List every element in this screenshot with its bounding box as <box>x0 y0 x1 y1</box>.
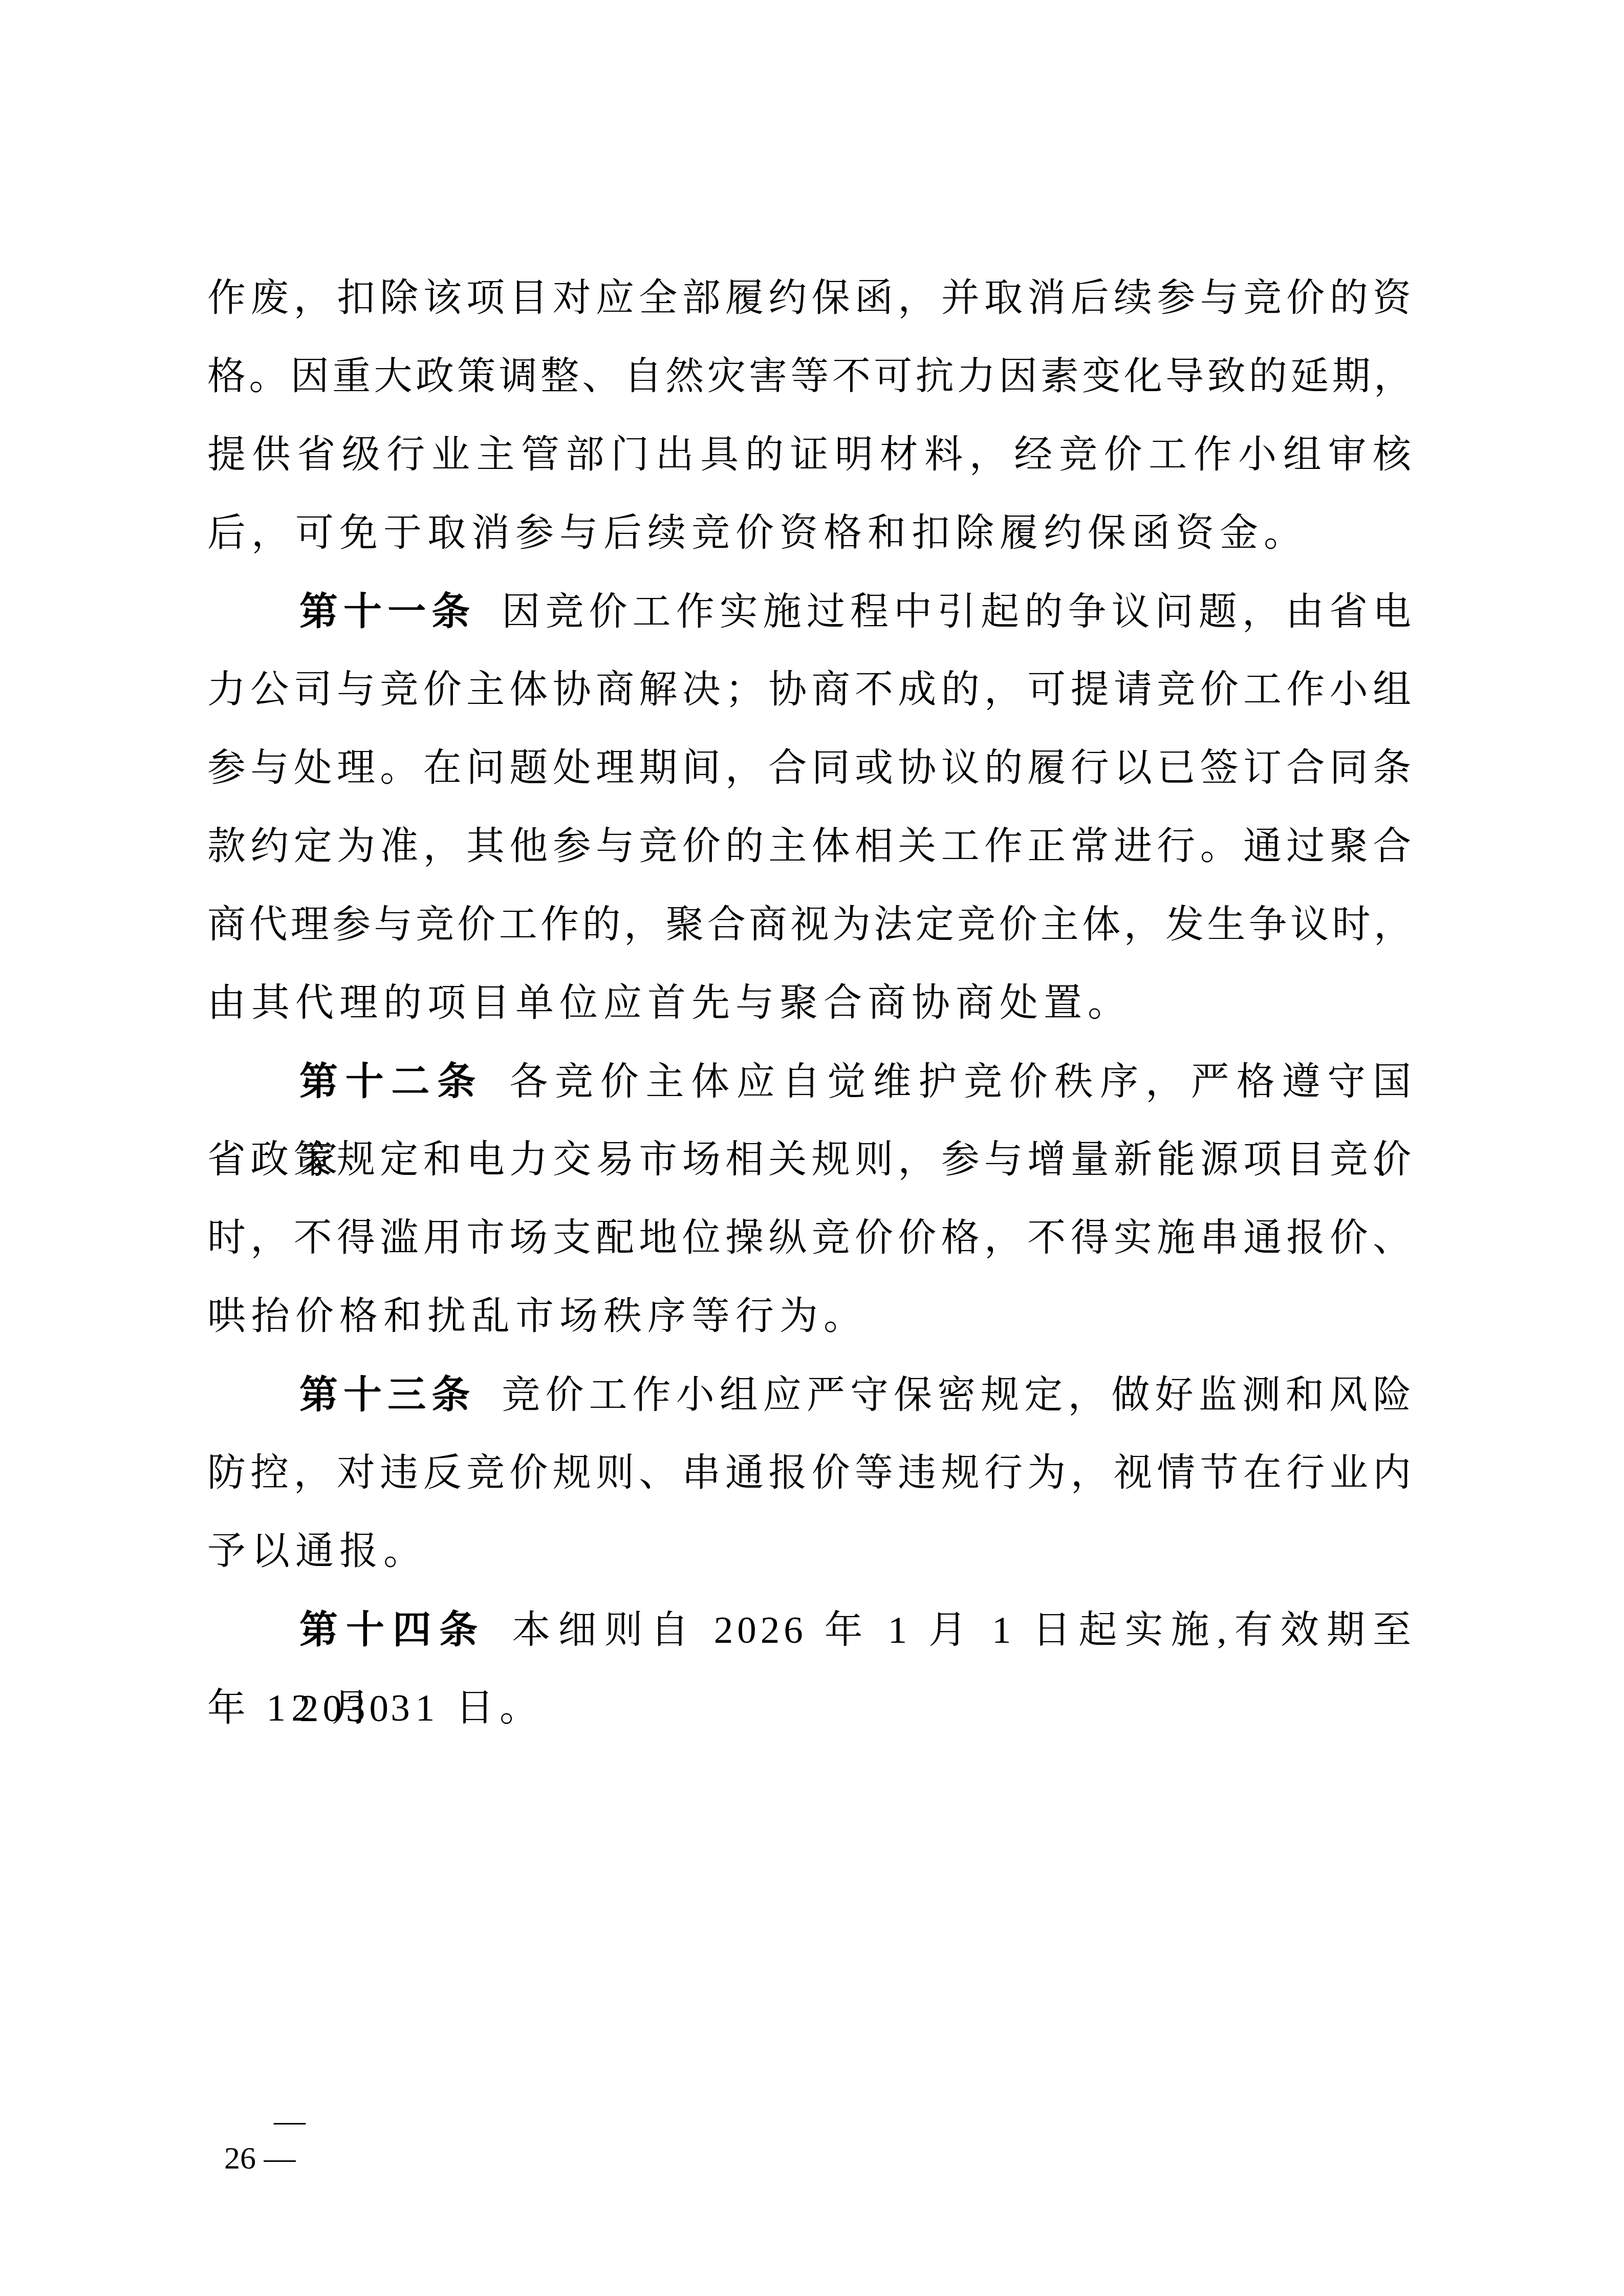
line-text: 时，不得滥用市场支配地位操纵竞价价格，不得实施串通报价、 <box>207 1217 1415 1259</box>
document-line: 防控，对违反竞价规则、串通报价等违规行为，视情节在行业内 <box>207 1434 1415 1512</box>
document-line: 第十三条竞价工作小组应严守保密规定，做好监测和风险 <box>207 1356 1415 1434</box>
document-line: 年 12 月 31 日。 <box>207 1669 1415 1747</box>
document-line: 时，不得滥用市场支配地位操纵竞价价格，不得实施串通报价、 <box>207 1199 1415 1277</box>
document-line: 由其代理的项目单位应首先与聚合商协商处置。 <box>207 964 1415 1042</box>
document-line: 哄抬价格和扰乱市场秩序等行为。 <box>207 1277 1415 1356</box>
document-page: 作废，扣除该项目对应全部履约保函，并取消后续参与竞价的资格。因重大政策调整、自然… <box>0 0 1624 2296</box>
line-text: 作废，扣除该项目对应全部履约保函，并取消后续参与竞价的资 <box>207 277 1415 319</box>
line-text: 款约定为准，其他参与竞价的主体相关工作正常进行。通过聚合 <box>207 825 1415 868</box>
document-line: 参与处理。在问题处理期间，合同或协议的履行以已签订合同条 <box>207 729 1415 807</box>
page-number: 26 — <box>224 2142 296 2174</box>
article-heading: 第十一条 <box>299 589 475 634</box>
document-line: 第十四条本细则自 2026 年 1 月 1 日起实施,有效期至 2030 <box>207 1591 1415 1669</box>
document-line: 第十一条因竞价工作实施过程中引起的争议问题，由省电 <box>207 572 1415 651</box>
document-line: 省政策规定和电力交易市场相关规则，参与增量新能源项目竞价 <box>207 1121 1415 1199</box>
line-text: 后，可免于取消参与后续竞价资格和扣除履约保函资金。 <box>207 512 1308 554</box>
document-line: 款约定为准，其他参与竞价的主体相关工作正常进行。通过聚合 <box>207 807 1415 886</box>
line-text: 年 12 月 31 日。 <box>207 1687 544 1729</box>
line-text: 竞价工作小组应严守保密规定，做好监测和风险 <box>502 1374 1415 1417</box>
line-text: 省政策规定和电力交易市场相关规则，参与增量新能源项目竞价 <box>207 1139 1415 1181</box>
line-text: 格。因重大政策调整、自然灾害等不可抗力因素变化导致的延期， <box>207 355 1415 398</box>
line-text: 力公司与竞价主体协商解决；协商不成的，可提请竞价工作小组 <box>207 669 1415 711</box>
document-line: 力公司与竞价主体协商解决；协商不成的，可提请竞价工作小组 <box>207 651 1415 729</box>
document-line: 后，可免于取消参与后续竞价资格和扣除履约保函资金。 <box>207 494 1415 572</box>
document-line: 格。因重大政策调整、自然灾害等不可抗力因素变化导致的延期， <box>207 337 1415 416</box>
document-line: 第十二条各竞价主体应自觉维护竞价秩序，严格遵守国家、 <box>207 1042 1415 1121</box>
line-text: 予以通报。 <box>207 1530 427 1573</box>
document-line: 作废，扣除该项目对应全部履约保函，并取消后续参与竞价的资 <box>207 259 1415 337</box>
line-text: 商代理参与竞价工作的，聚合商视为法定竞价主体，发生争议时， <box>207 904 1415 946</box>
line-text: 提供省级行业主管部门出具的证明材料，经竞价工作小组审核 <box>207 434 1415 476</box>
line-text: 参与处理。在问题处理期间，合同或协议的履行以已签订合同条 <box>207 747 1415 789</box>
document-lines: 作废，扣除该项目对应全部履约保函，并取消后续参与竞价的资格。因重大政策调整、自然… <box>207 259 1415 1747</box>
article-heading: 第十四条 <box>299 1607 486 1652</box>
footer-top-dash: — <box>274 2105 306 2137</box>
line-text: 因竞价工作实施过程中引起的争议问题，由省电 <box>502 591 1415 633</box>
line-text: 哄抬价格和扰乱市场秩序等行为。 <box>207 1295 868 1338</box>
line-text: 防控，对违反竞价规则、串通报价等违规行为，视情节在行业内 <box>207 1452 1415 1494</box>
document-line: 商代理参与竞价工作的，聚合商视为法定竞价主体，发生争议时， <box>207 886 1415 964</box>
article-heading: 第十二条 <box>299 1059 483 1104</box>
line-text: 由其代理的项目单位应首先与聚合商协商处置。 <box>207 982 1132 1024</box>
document-line: 予以通报。 <box>207 1512 1415 1591</box>
article-heading: 第十三条 <box>299 1372 475 1417</box>
document-line: 提供省级行业主管部门出具的证明材料，经竞价工作小组审核 <box>207 416 1415 494</box>
